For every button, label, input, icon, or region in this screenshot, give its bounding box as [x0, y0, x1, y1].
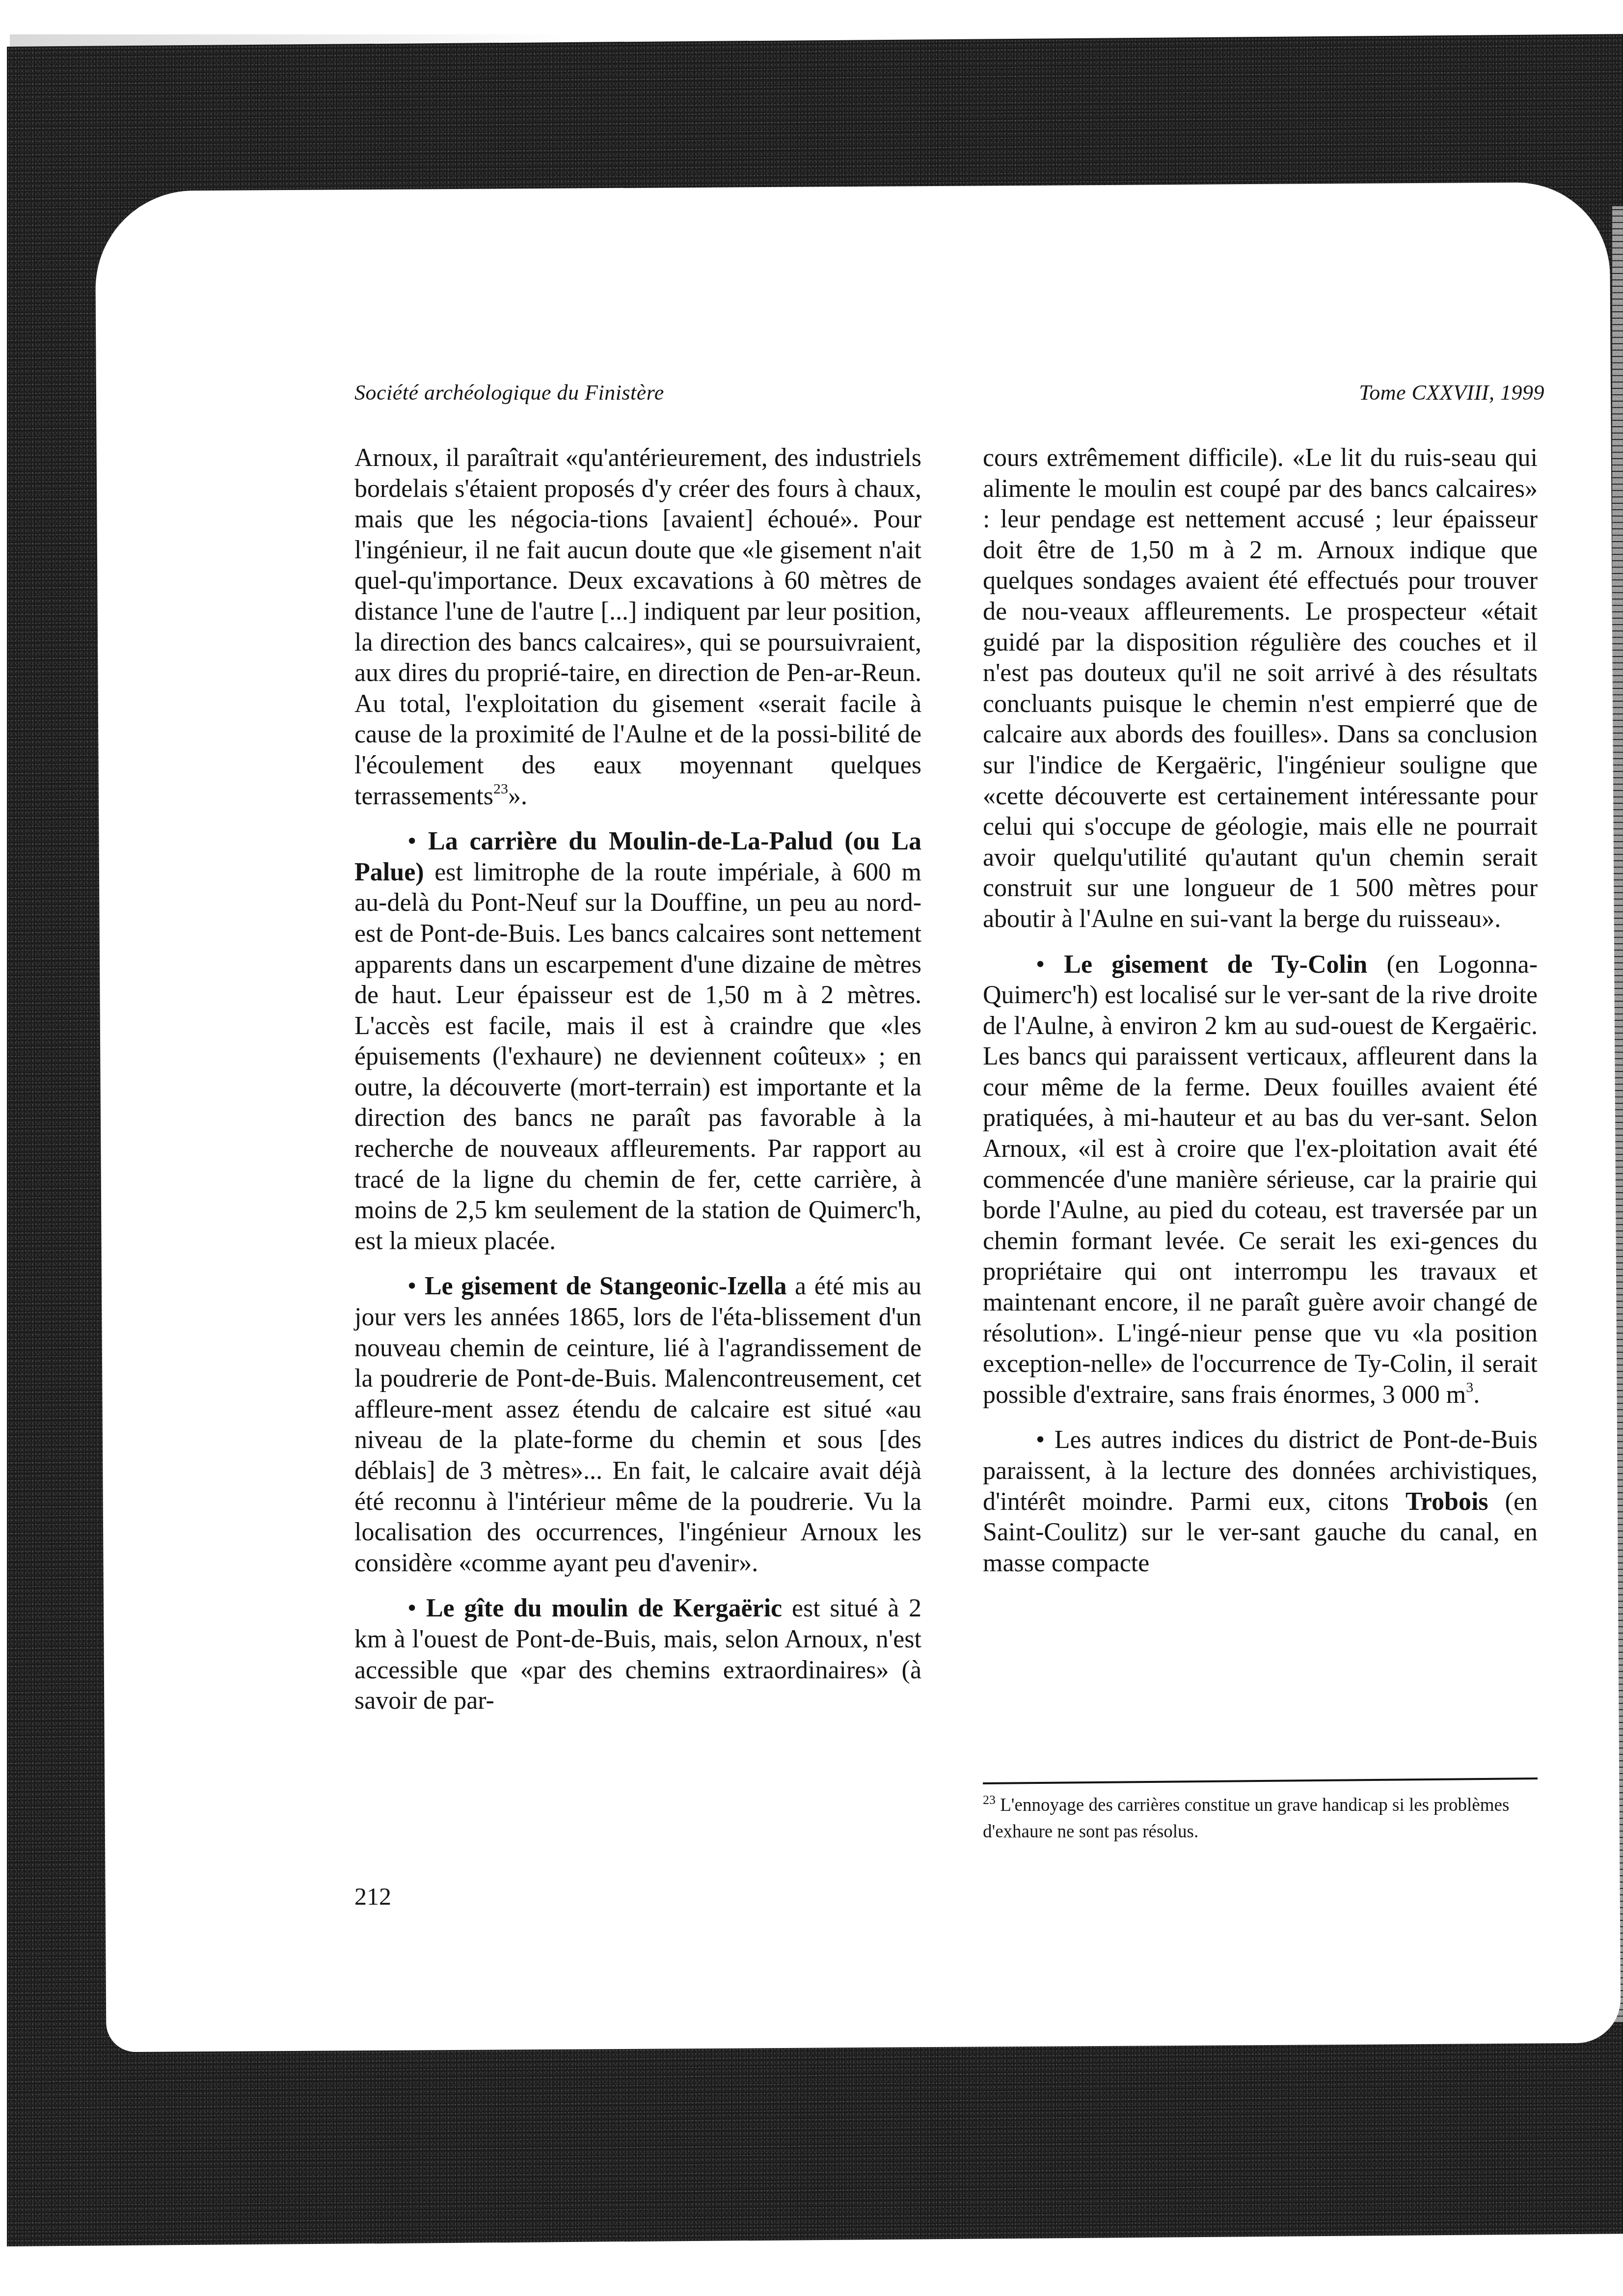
place-name-bold: Trobois [1406, 1488, 1488, 1516]
section-title: Le gîte du moulin de Kergaëric [426, 1594, 782, 1622]
footnote-text: L'ennoyage des carrières constitue un gr… [983, 1795, 1509, 1842]
footnote-number: 23 [983, 1793, 996, 1807]
superscript: 3 [1466, 1379, 1473, 1395]
bullet-icon: • [1036, 951, 1045, 979]
paragraph-autres-indices: • Les autres indices du district de Pont… [983, 1425, 1538, 1579]
paragraph-kergaeric: • Le gîte du moulin de Kergaëric est sit… [354, 1593, 921, 1716]
section-title: Le gisement de Stangeonic-Izella [425, 1272, 786, 1300]
footnote: 23 L'ennoyage des carrières constitue un… [983, 1792, 1540, 1845]
paragraph-moulin-de-la-palud: • La carrière du Moulin-de-La-Palud (ou … [354, 826, 921, 1257]
footnote-ref[interactable]: 23 [493, 781, 508, 797]
bullet-icon: • [1036, 1426, 1045, 1454]
running-head-volume: Tome CXXVIII, 1999 [1359, 380, 1544, 405]
section-title: Le gisement de Ty-Colin [1064, 951, 1367, 979]
running-head-journal: Société archéologique du Finistère [354, 380, 664, 405]
paragraph-text: est limitrophe de la route impériale, à … [354, 858, 921, 1255]
paragraph-text: cours extrêmement difficile). «Le lit du… [983, 444, 1538, 933]
paragraph-ty-colin: • Le gisement de Ty-Colin (en Logonna-Qu… [983, 950, 1538, 1411]
paragraph: cours extrêmement difficile). «Le lit du… [983, 443, 1538, 935]
bullet-icon: • [407, 1272, 416, 1300]
paragraph: Arnoux, il paraîtrait «qu'antérieurement… [354, 443, 921, 812]
page-number: 212 [354, 1882, 391, 1911]
paragraph-text: (en Logonna-Quimerc'h) est localisé sur … [983, 951, 1538, 1409]
paragraph-stangeonic-izella: • Le gisement de Stangeonic-Izella a été… [354, 1271, 921, 1579]
paragraph-text: Arnoux, il paraîtrait «qu'antérieurement… [354, 444, 921, 810]
paragraph-text: a été mis au jour vers les années 1865, … [354, 1272, 921, 1577]
bullet-icon: • [407, 1594, 416, 1622]
text-column-right: cours extrêmement difficile). «Le lit du… [983, 443, 1538, 1579]
bullet-icon: • [407, 827, 416, 855]
text-column-left: Arnoux, il paraîtrait «qu'antérieurement… [354, 443, 921, 1717]
